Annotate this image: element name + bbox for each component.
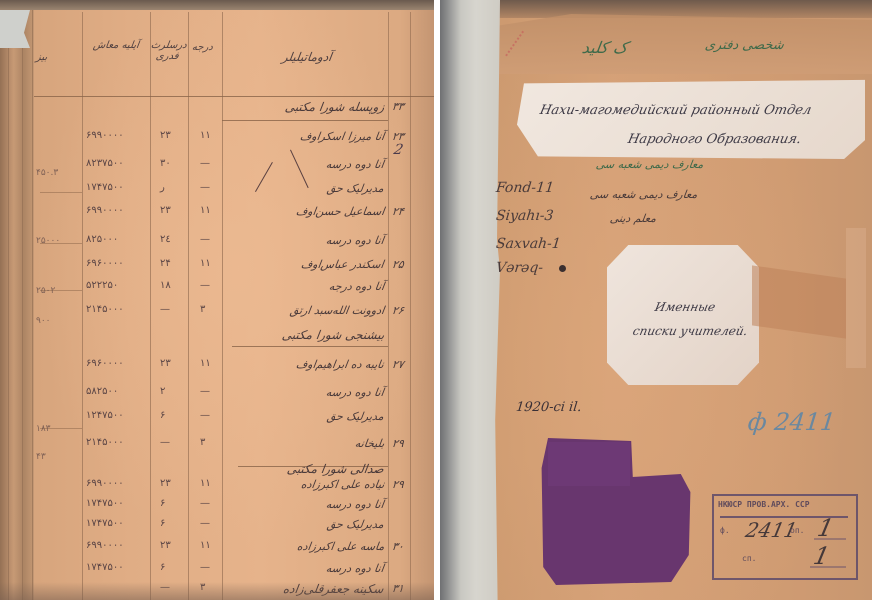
ledger-hours: ۶ — [160, 518, 165, 529]
ledger-grade: ۱۱ — [200, 130, 211, 141]
row-note: 2 — [392, 142, 404, 158]
label-department-line1: Нахи-магомедийский районный Отдел — [538, 103, 812, 118]
ledger-grade: ۱۱ — [200, 258, 211, 269]
ledger-salary: ۱۷۴۷۵۰۰ — [86, 498, 124, 509]
ledger-salary: ۶۹۶۰۰۰۰ — [86, 258, 124, 269]
ledger-hours: ۲۳ — [160, 540, 171, 551]
ledger-hours: ۱۸ — [160, 280, 171, 291]
cross-out-mark — [290, 149, 309, 188]
ledger-salary: ۵۸۲۵۰۰ — [86, 386, 118, 397]
arabic-note-3: معلم دینی — [609, 212, 657, 225]
binding-number: ۱۸۳ — [36, 424, 51, 434]
page-top-edge — [0, 0, 434, 10]
ledger-salary: ۶۹۹۰۰۰۰ — [86, 478, 124, 489]
row-number: ۲۴ — [391, 205, 405, 218]
ledger-name: صدالی شورا مکتبی — [286, 462, 385, 476]
binding-number: ۲۵۰۲ — [36, 286, 55, 296]
ledger-grade: ۱۱ — [200, 540, 211, 551]
ledger-salary: ۱۷۴۷۵۰۰ — [86, 562, 124, 573]
ledger-grade: ۳ — [200, 304, 205, 315]
ledger-salary: ۱۷۴۷۵۰۰ — [86, 518, 124, 529]
field-siyahi: Siyahı-3 — [495, 208, 554, 224]
ledger-salary: ۶۹۶۰۰۰۰ — [86, 358, 124, 369]
row-number: ۲۹ — [391, 437, 405, 450]
ledger-hours: ۲۴ — [160, 258, 171, 269]
ledger-hours: — — [160, 304, 171, 315]
ledger-salary: ۲۱۴۵۰۰۰ — [86, 304, 124, 315]
ledger-name: آنا دوه درسه — [325, 234, 385, 247]
ledger-binding — [0, 0, 34, 600]
binding-number: ۴۳ — [36, 452, 46, 462]
row-number: ۳۳ — [391, 100, 405, 113]
ledger-salary: ۸۲۳۷۵۰۰ — [86, 158, 124, 169]
ledger-grade: — — [200, 182, 211, 193]
ledger-hours: ۶ — [160, 562, 165, 573]
label-title-line1: Именные — [654, 300, 717, 314]
arabic-note-2: معارف دیمی شعبه سی — [589, 188, 698, 201]
ledger-salary: ۱۲۴۷۵۰۰ — [86, 410, 124, 421]
label-title-line2: списки учителей. — [632, 324, 750, 338]
ledger-salary: ۲۱۴۵۰۰۰ — [86, 437, 124, 448]
label-department-line2: Народного Образования. — [626, 132, 802, 147]
ledger-name: آنا دوه درسه — [325, 498, 385, 511]
ledger-hours: ۲۳ — [160, 205, 171, 216]
ledger-grade: — — [200, 562, 211, 573]
ledger-hours: ۲۳ — [160, 478, 171, 489]
row-number: ۳۰ — [391, 540, 405, 553]
ledger-name: اسماعیل حسن‌اوف — [295, 205, 385, 218]
ledger-name: اسکندر عباس‌اوف — [300, 258, 385, 271]
ledger-salary: ۵۲۲۲۵۰ — [86, 280, 118, 291]
field-vereq: Vərəq- — [495, 260, 544, 276]
field-saxlama-vahidi: Saxvah-1 — [495, 236, 561, 252]
top-annotation: شخصی دفتری — [704, 38, 785, 53]
label-title — [607, 245, 759, 385]
stamp-header: НКЮСР ПРОВ.АРХ. ССР — [718, 500, 810, 509]
ledger-name: ماسه علی اکبرزاده — [296, 540, 385, 553]
ledger-hours: ۳۰ — [160, 158, 171, 169]
header-salary: آیلیه معاش — [91, 40, 141, 51]
ledger-hours: ۲۳ — [160, 358, 171, 369]
cover-top-edge — [495, 0, 872, 18]
pencil-fond-code: ф 2411 — [747, 408, 837, 436]
archive-stamp: НКЮСР ПРОВ.АРХ. ССР ф. 2411 оп. 1 сп. 1 — [712, 494, 858, 580]
arabic-note-1: معارف دیمی شعبه سی — [595, 158, 704, 171]
ink-dot — [559, 265, 566, 272]
header-names: آدوماتیلیلر — [281, 50, 333, 64]
binding-number: ۴۵۰.۳ — [36, 168, 58, 178]
header-grade: درجه — [191, 42, 213, 53]
header-hours: درسلرث فدری — [144, 40, 191, 62]
ledger-grade: — — [200, 158, 211, 169]
year-note: 1920-ci il. — [515, 400, 582, 415]
ledger-name: آنا دوه درجه — [328, 280, 385, 293]
green-signature: ک کلید — [581, 38, 629, 57]
ledger-grade: ۱۱ — [200, 358, 211, 369]
field-fond: Fond-11 — [495, 180, 555, 196]
ledger-grade: ۱۱ — [200, 478, 211, 489]
ledger-salary: ۱۷۴۷۵۰۰ — [86, 182, 124, 193]
ledger-hours: ۶ — [160, 498, 165, 509]
ledger-hours: ۲٤ — [160, 234, 171, 245]
ledger-name: ادوونت الله‌سبد ارتق — [289, 304, 385, 317]
ledger-name: زوپسله شورا مکتبی — [284, 100, 385, 114]
folder-spine — [440, 0, 500, 600]
binding-number: ۲۵۰۰۰ — [36, 236, 60, 246]
ledger-salary: ۶۹۹۰۰۰۰ — [86, 540, 124, 551]
ledger-hours: ۲۳ — [160, 130, 171, 141]
ledger-grade: ۱۱ — [200, 205, 211, 216]
ledger-page-left: بیز آیلیه معاش درسلرث فدری درجه آدوماتیل… — [0, 0, 434, 600]
ledger-name: آنا دوه درسه — [325, 158, 385, 171]
ledger-grade: — — [200, 280, 211, 291]
row-number: ۲۹ — [391, 478, 405, 491]
ledger-name: آنا دوه درسه — [325, 562, 385, 575]
ledger-salary: ۶۹۹۰۰۰۰ — [86, 205, 124, 216]
ledger-name: مدیرلیک حق — [326, 410, 385, 423]
ledger-name: مدیرلیک حق — [326, 182, 385, 195]
ledger-name: نیاده علی اکبرزاده — [300, 478, 385, 491]
ledger-name: بیشنجی شورا مکتبی — [281, 328, 385, 342]
row-number: ۲۷ — [391, 358, 405, 371]
ledger-hours: ۶ — [160, 410, 165, 421]
ledger-grade: — — [200, 234, 211, 245]
ledger-grade: — — [200, 386, 211, 397]
ledger-grade: — — [200, 410, 211, 421]
row-number: ۲۵ — [391, 258, 405, 271]
ledger-hours: ۲ — [160, 386, 165, 397]
ledger-name: آنا میرزا اسکراوف — [299, 130, 385, 143]
ledger-grade: ۳ — [200, 437, 205, 448]
ledger-name: مدیرلیک حق — [326, 518, 385, 531]
ledger-salary: ۶۹۹۰۰۰۰ — [86, 130, 124, 141]
ledger-hours: ر — [160, 182, 165, 193]
ledger-hours: — — [160, 437, 171, 448]
row-number: ۲۶ — [391, 304, 405, 317]
ledger-grade: — — [200, 518, 211, 529]
ledger-salary: ۸۲۵۰۰۰ — [86, 234, 118, 245]
binding-number: ۹۰۰ — [36, 316, 51, 326]
ledger-name: نایبه ده ابراهیم‌اوف — [295, 358, 385, 371]
ledger-name: آنا دوه درسه — [325, 386, 385, 399]
ledger-name: بلیخانه — [354, 437, 385, 450]
ledger-grade: — — [200, 498, 211, 509]
header-margin: بیز — [35, 52, 48, 63]
